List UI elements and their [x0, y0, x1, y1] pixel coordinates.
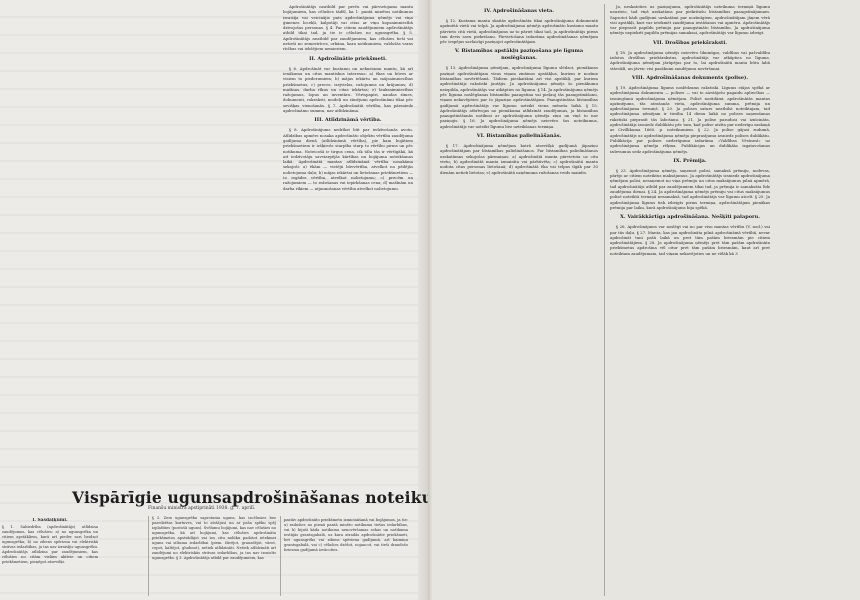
section-heading: VII. Drošības priekšraksti.: [610, 40, 770, 47]
paragraph: § 19. Apdrošinājuma līgums noslēdzams ra…: [610, 85, 770, 154]
section-heading: VI. Bīstamības palielināšanās.: [440, 133, 598, 140]
section-heading: V. Bīstamības apstākļu paziņošana pie lī…: [440, 48, 598, 62]
bottom-column-2: § 2. Zem ugunsgrēka saprotama uguns, kas…: [152, 516, 276, 596]
paragraph: Apdrošinātājs neatbild par preču vai pār…: [283, 4, 413, 52]
column-divider: [604, 4, 605, 596]
section-heading: II. Apdrošinātie priekšmeti.: [283, 56, 413, 63]
bottom-column-1: I. Sasdāļķumi. § 1. Sabiedrība (apdrošin…: [2, 518, 98, 594]
document-title: Vispārīgie ugunsapdrošināšanas noteikumi…: [72, 488, 362, 507]
scanned-document-spread: Apdrošinātājs neatbild par preču vai pār…: [0, 0, 860, 600]
column-divider: [280, 516, 281, 596]
left-page-text-column: Apdrošinātājs neatbild par preču vai pār…: [283, 4, 413, 454]
section-heading: X. Vairākkārtīga apdrošināšana. Nešķīti …: [610, 214, 770, 221]
bottom-column-3: pastāv apdrošināto priekšmetu izmicināša…: [284, 518, 408, 596]
right-page-column-1: IV. Apdrošināšanas vieta. § 12. Kustama …: [440, 4, 598, 598]
paragraph: Ja, neskatoties uz paziņojumu, apdrošinā…: [610, 4, 770, 36]
paragraph: § 26. Apdrošinājums var noslēgt vai no p…: [610, 224, 770, 256]
paragraph: § 6. Apdrošināt var kustamu un nekustamu…: [283, 66, 413, 114]
left-page: Apdrošinātājs neatbild par preču vai pār…: [0, 0, 432, 600]
section-heading: IX. Prēmija.: [610, 158, 770, 165]
section-heading: I. Sasdāļķumi.: [2, 518, 98, 523]
paragraph: § 2. Zem ugunsgrēka saprotama uguns, kas…: [152, 516, 276, 561]
paragraph: § 17. Apdrošinājuma ņēmējam katrā atsevi…: [440, 143, 598, 175]
right-page-column-2: Ja, neskatoties uz paziņojumu, apdrošinā…: [610, 4, 770, 598]
column-divider: [148, 516, 149, 596]
section-heading: IV. Apdrošināšanas vieta.: [440, 8, 598, 15]
paragraph: § 1. Sabiedrība (apdrošinātājs) atlīdzin…: [2, 525, 98, 565]
paragraph: § 23. Apdrošinājuma ņēmējs, saņemot poli…: [610, 168, 770, 210]
section-heading: III. Atlīdzināmā vērtība.: [283, 117, 413, 124]
paragraph: pastāv apdrošināto priekšmetu izmicināša…: [284, 518, 408, 553]
paragraph: § 12. Kustama manta skaitās apdrošināta …: [440, 18, 598, 44]
paragraph: § 18. Ja apdrošinājuma ņēmējs neievēro l…: [610, 50, 770, 71]
document-subtitle: Finanšu ministra apstiprināti 1938. g. 7…: [148, 506, 255, 511]
paragraph: § 13. Apdrošinājuma ņēmējam, apdrošināju…: [440, 65, 598, 129]
section-heading: VIII. Apdrošināšanas dokuments (polise).: [610, 75, 770, 82]
right-page: IV. Apdrošināšanas vieta. § 12. Kustama …: [432, 0, 860, 600]
paragraph: § 8. Apdrošinājums nedrīkst būt par iedz…: [283, 127, 413, 191]
